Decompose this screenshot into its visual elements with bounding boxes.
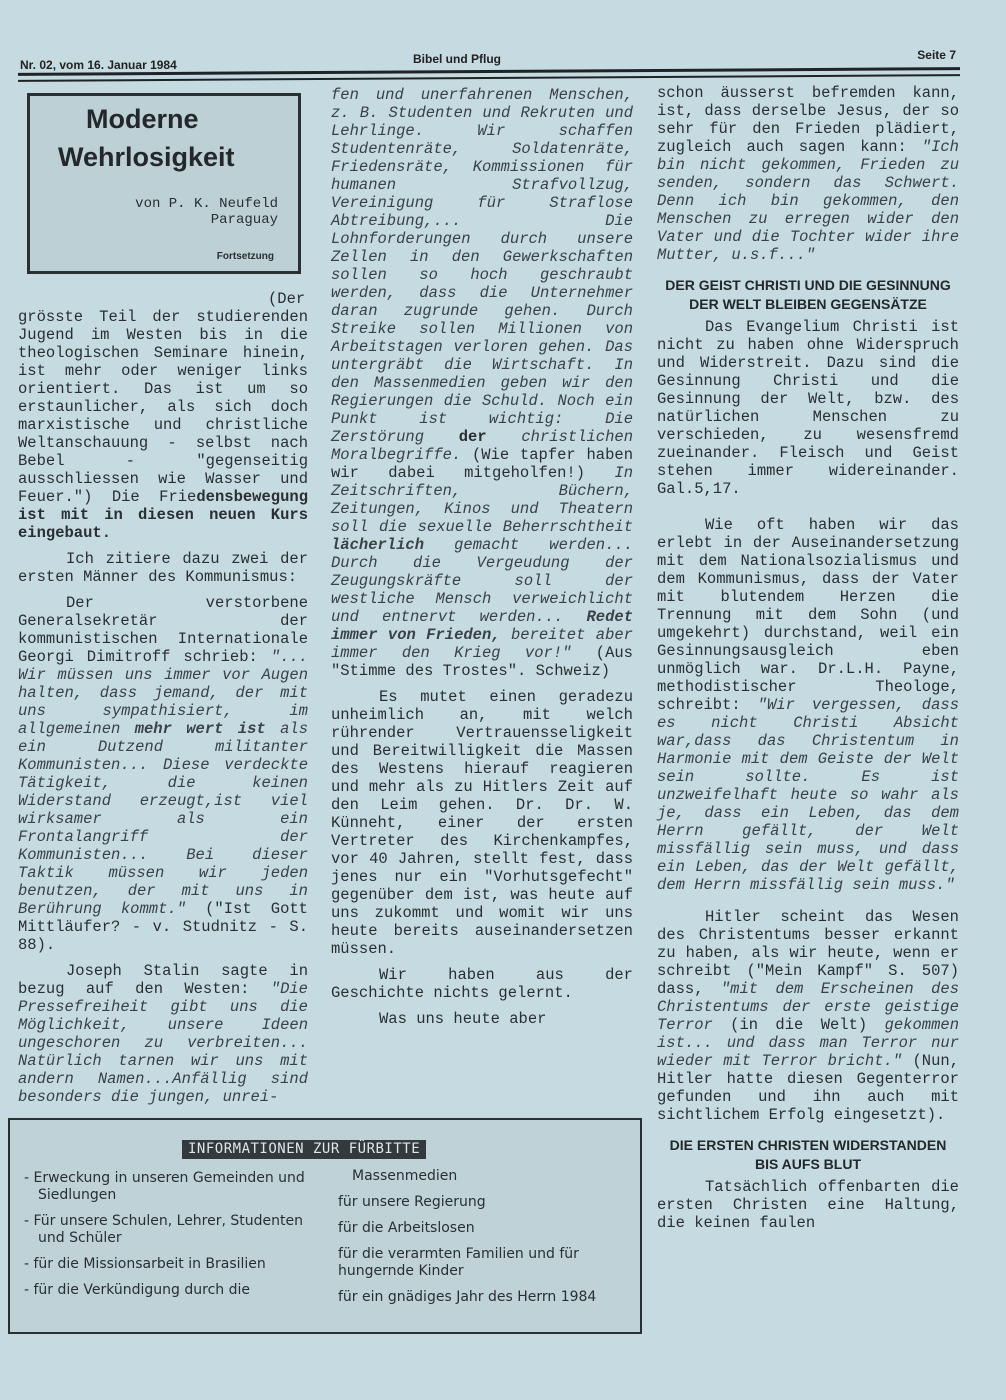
continuation-label: Fortsetzung (217, 251, 274, 262)
article-title-line2: Wehrlosigkeit (58, 142, 235, 173)
quote-bold: lächerlich (331, 536, 424, 554)
list-item: - für die Verkündigung durch die (24, 1282, 324, 1299)
list-item: für ein gnädiges Jahr des Herrn 1984 (338, 1289, 634, 1306)
quote-bold: mehr wert ist (135, 720, 266, 738)
paragraph-text: (in die Welt) (713, 1016, 885, 1034)
article-title-box: Moderne Wehrlosigkeit von P. K. Neufeld … (27, 93, 301, 274)
paragraph: Das Evangelium Christi ist nicht zu habe… (657, 318, 959, 498)
quote-text: "Wir vergessen, dass es nicht Christi Ab… (657, 696, 959, 894)
paragraph: Ich zitiere dazu zwei der ersten Männer … (18, 550, 308, 586)
prayer-list-left: - Erweckung in unseren Gemeinden und Sie… (24, 1170, 324, 1308)
quote-text: "Die Pressefreiheit gibt uns die Möglich… (18, 980, 308, 1106)
paragraph: Tatsächlich offenbarten die ersten Chris… (657, 1178, 959, 1232)
paragraph: Der verstorbene Generalsekretär der komm… (18, 594, 308, 954)
list-item: für unsere Regierung (338, 1194, 634, 1211)
list-item: für die verarmten Familien und für hunge… (338, 1246, 634, 1280)
article-title-line1: Moderne (86, 104, 199, 135)
paragraph: Es mutet einen geradezu unheimlich an, m… (331, 688, 633, 958)
paragraph: (Der grösste Teil der studierenden Jugen… (18, 290, 308, 542)
quote-text: "Ich bin nicht gekommen, Frieden zu send… (657, 138, 959, 264)
subheading: DER GEIST CHRISTI UND DIE GESINNUNG DER … (657, 276, 959, 314)
quote-text: fen und unerfahrenen Menschen, z. B. Stu… (331, 86, 633, 446)
issue-date: Nr. 02, vom 16. Januar 1984 (20, 58, 177, 72)
location: Paraguay (135, 212, 278, 228)
page-number: Seite 7 (917, 48, 956, 62)
paragraph: Hitler scheint das Wesen des Christentum… (657, 908, 959, 1124)
paragraph: Joseph Stalin sagte in bezug auf den Wes… (18, 962, 308, 1106)
paragraph-text: Der verstorbene Generalsekretär der komm… (18, 594, 308, 666)
quote-text: als ein Dutzend militanter Kommunisten..… (18, 720, 308, 846)
header-rule (18, 74, 960, 82)
paragraph: Wie oft haben wir das erlebt in der Ause… (657, 516, 959, 894)
paragraph-text: Joseph Stalin sagte in bezug auf den Wes… (18, 962, 308, 998)
paragraph-text: (Der grösste Teil der studierenden Jugen… (18, 290, 308, 506)
publication-name: Bibel und Pflug (413, 52, 501, 66)
prayer-box-title: INFORMATIONEN ZUR FÜRBITTE (182, 1140, 426, 1159)
subheading: DIE ERSTEN CHRISTEN WIDERSTANDEN BIS AUF… (657, 1136, 959, 1174)
quote-text: Kommunisten (18, 846, 120, 864)
column-1: (Der grösste Teil der studierenden Jugen… (18, 290, 308, 1114)
list-item: für die Arbeitslosen (338, 1220, 634, 1237)
paragraph: fen und unerfahrenen Menschen, z. B. Stu… (331, 86, 633, 680)
list-item: - Für unsere Schulen, Lehrer, Studenten … (24, 1213, 324, 1247)
paragraph-text: Wie oft haben wir das erlebt in der Ause… (657, 516, 959, 714)
paragraph-text: schon äusserst befremden kann, ist, dass… (657, 84, 959, 156)
paragraph: schon äusserst befremden kann, ist, dass… (657, 84, 959, 264)
bold-text: der (459, 428, 487, 446)
prayer-requests-box: INFORMATIONEN ZUR FÜRBITTE - Erweckung i… (8, 1118, 642, 1334)
paragraph: Wir haben aus der Geschichte nichts gele… (331, 966, 633, 1002)
author: von P. K. Neufeld (135, 196, 278, 212)
list-item: Massenmedien (338, 1168, 634, 1185)
paragraph: Was uns heute aber (331, 1010, 633, 1028)
prayer-list-right: Massenmedien für unsere Regierung für di… (338, 1168, 634, 1315)
column-3: schon äusserst befremden kann, ist, dass… (657, 84, 959, 1240)
byline: von P. K. Neufeld Paraguay (135, 196, 278, 228)
column-2: fen und unerfahrenen Menschen, z. B. Stu… (331, 86, 633, 1036)
list-item: - Erweckung in unseren Gemeinden und Sie… (24, 1170, 324, 1204)
list-item: - für die Missionsarbeit in Brasilien (24, 1256, 324, 1273)
